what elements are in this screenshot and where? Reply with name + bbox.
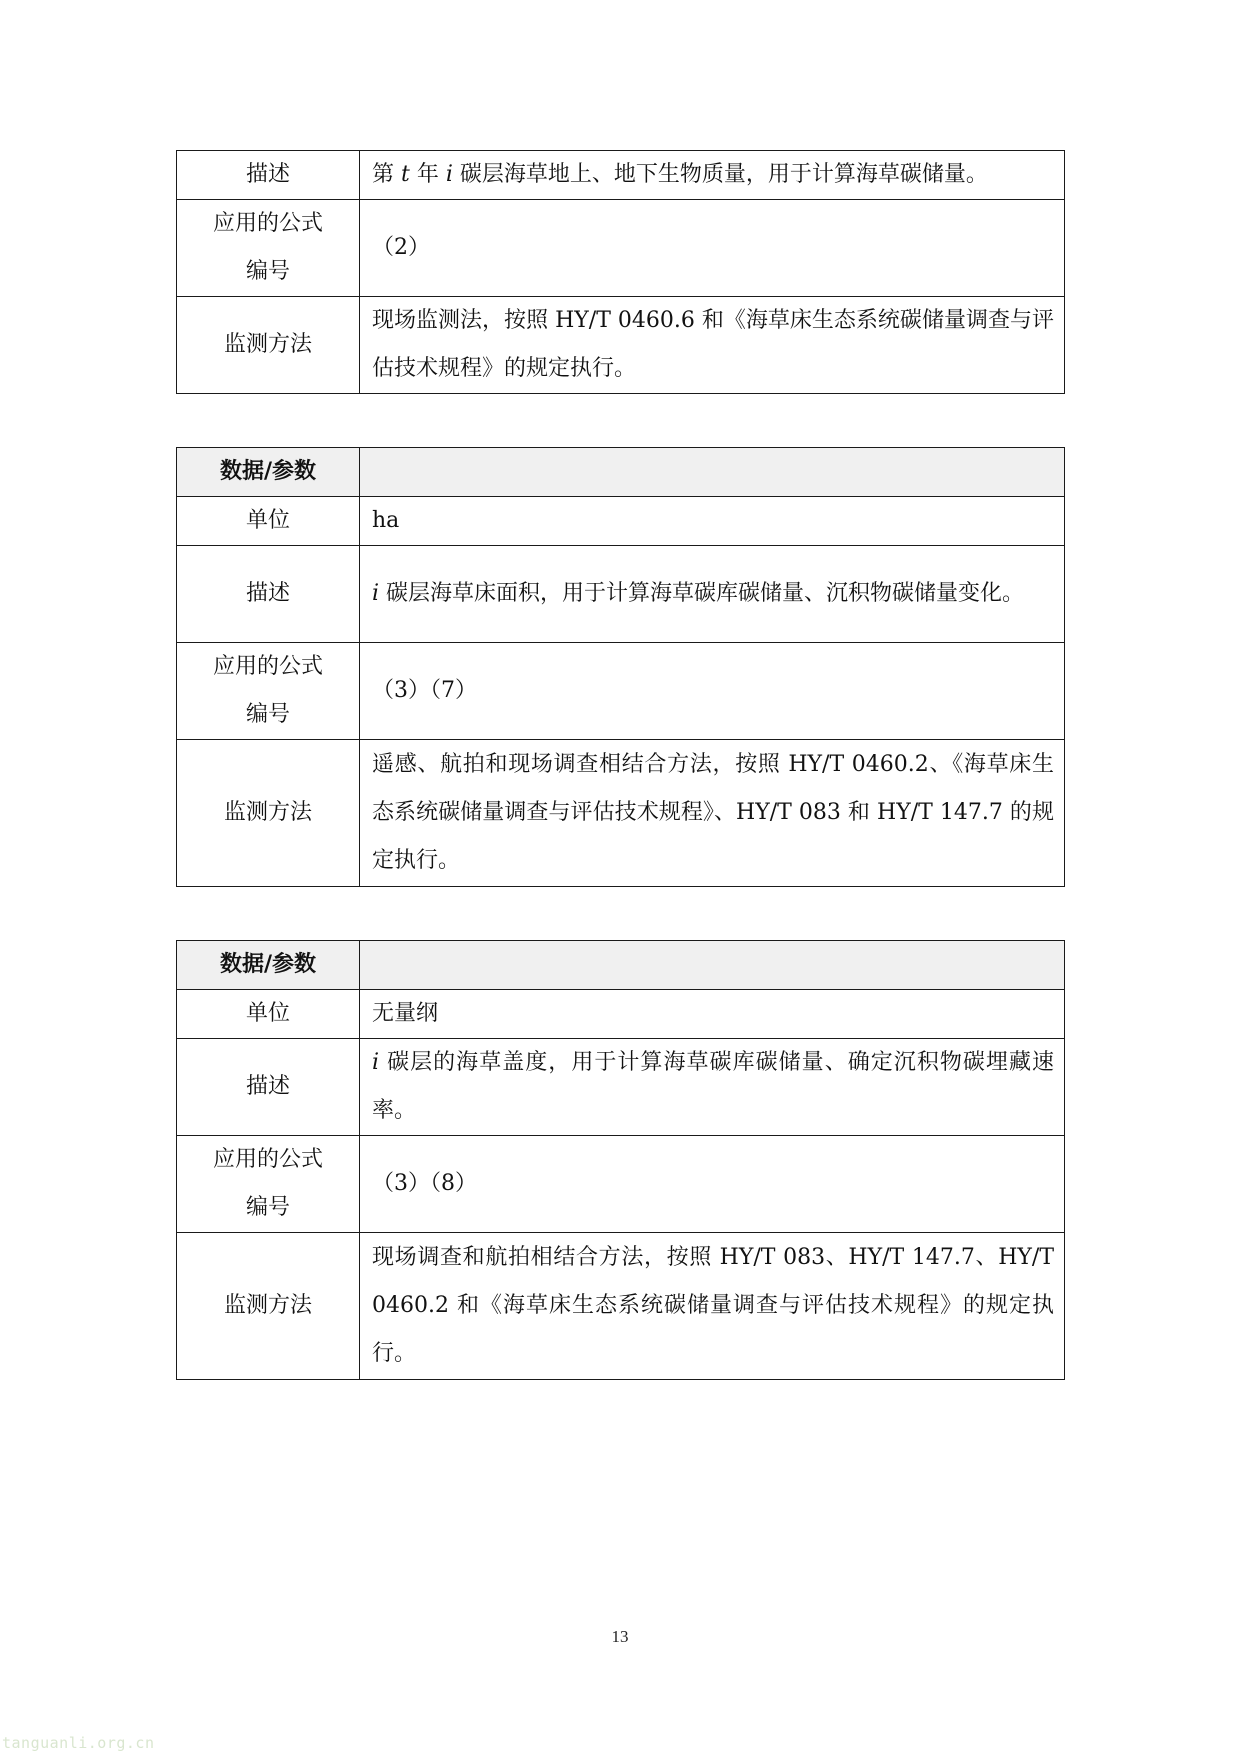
table-row-unit: 单位 ha (177, 497, 1065, 546)
row-label-formula: 应用的公式编号 (177, 643, 360, 740)
row-value-unit: 无量纲 (360, 990, 1065, 1039)
table-row-description: 描述 i 碳层的海草盖度，用于计算海草碳库碳储量、确定沉积物碳埋藏速率。 (177, 1039, 1065, 1136)
row-value-description: 第 t 年 i 碳层海草地上、地下生物质量，用于计算海草碳储量。 (360, 151, 1065, 200)
row-value-formula: （2） (360, 200, 1065, 297)
row-label-description: 描述 (177, 151, 360, 200)
row-label-unit: 单位 (177, 990, 360, 1039)
header-value (360, 941, 1065, 990)
table-row-formula: 应用的公式编号 （3）（7） (177, 643, 1065, 740)
row-value-method: 现场监测法，按照 HY/T 0460.6 和《海草床生态系统碳储量调查与评估技术… (360, 297, 1065, 394)
table-row-formula: 应用的公式编号 （2） (177, 200, 1065, 297)
row-label-method: 监测方法 (177, 1233, 360, 1380)
row-label-unit: 单位 (177, 497, 360, 546)
table-row-description: 描述 i 碳层海草床面积，用于计算海草碳库碳储量、沉积物碳储量变化。 (177, 546, 1065, 643)
row-label-method: 监测方法 (177, 297, 360, 394)
watermark: tanguanli.org.cn (2, 1734, 155, 1752)
row-label-formula: 应用的公式编号 (177, 1136, 360, 1233)
row-label-description: 描述 (177, 546, 360, 643)
parameter-table-coverage: 数据/参数 单位 无量纲 描述 i 碳层的海草盖度，用于计算海草碳库碳储量、确定… (176, 940, 1065, 1380)
table-header-row: 数据/参数 (177, 941, 1065, 990)
row-value-description: i 碳层海草床面积，用于计算海草碳库碳储量、沉积物碳储量变化。 (360, 546, 1065, 643)
row-label-description: 描述 (177, 1039, 360, 1136)
row-value-unit: ha (360, 497, 1065, 546)
table-row-method: 监测方法 遥感、航拍和现场调查相结合方法，按照 HY/T 0460.2、《海草床… (177, 740, 1065, 887)
page-number: 13 (0, 1627, 1240, 1647)
header-label: 数据/参数 (177, 448, 360, 497)
row-value-method: 现场调查和航拍相结合方法，按照 HY/T 083、HY/T 147.7、HY/T… (360, 1233, 1065, 1380)
row-value-description: i 碳层的海草盖度，用于计算海草碳库碳储量、确定沉积物碳埋藏速率。 (360, 1039, 1065, 1136)
header-label: 数据/参数 (177, 941, 360, 990)
header-value (360, 448, 1065, 497)
row-label-formula: 应用的公式编号 (177, 200, 360, 297)
table-header-row: 数据/参数 (177, 448, 1065, 497)
table-row-description: 描述 第 t 年 i 碳层海草地上、地下生物质量，用于计算海草碳储量。 (177, 151, 1065, 200)
parameter-table-biomass: 描述 第 t 年 i 碳层海草地上、地下生物质量，用于计算海草碳储量。 应用的公… (176, 150, 1065, 394)
table-row-unit: 单位 无量纲 (177, 990, 1065, 1039)
row-label-method: 监测方法 (177, 740, 360, 887)
parameter-table-area: 数据/参数 单位 ha 描述 i 碳层海草床面积，用于计算海草碳库碳储量、沉积物… (176, 447, 1065, 887)
table-row-formula: 应用的公式编号 （3）（8） (177, 1136, 1065, 1233)
row-value-formula: （3）（8） (360, 1136, 1065, 1233)
row-value-formula: （3）（7） (360, 643, 1065, 740)
table-row-method: 监测方法 现场调查和航拍相结合方法，按照 HY/T 083、HY/T 147.7… (177, 1233, 1065, 1380)
table-row-method: 监测方法 现场监测法，按照 HY/T 0460.6 和《海草床生态系统碳储量调查… (177, 297, 1065, 394)
row-value-method: 遥感、航拍和现场调查相结合方法，按照 HY/T 0460.2、《海草床生态系统碳… (360, 740, 1065, 887)
